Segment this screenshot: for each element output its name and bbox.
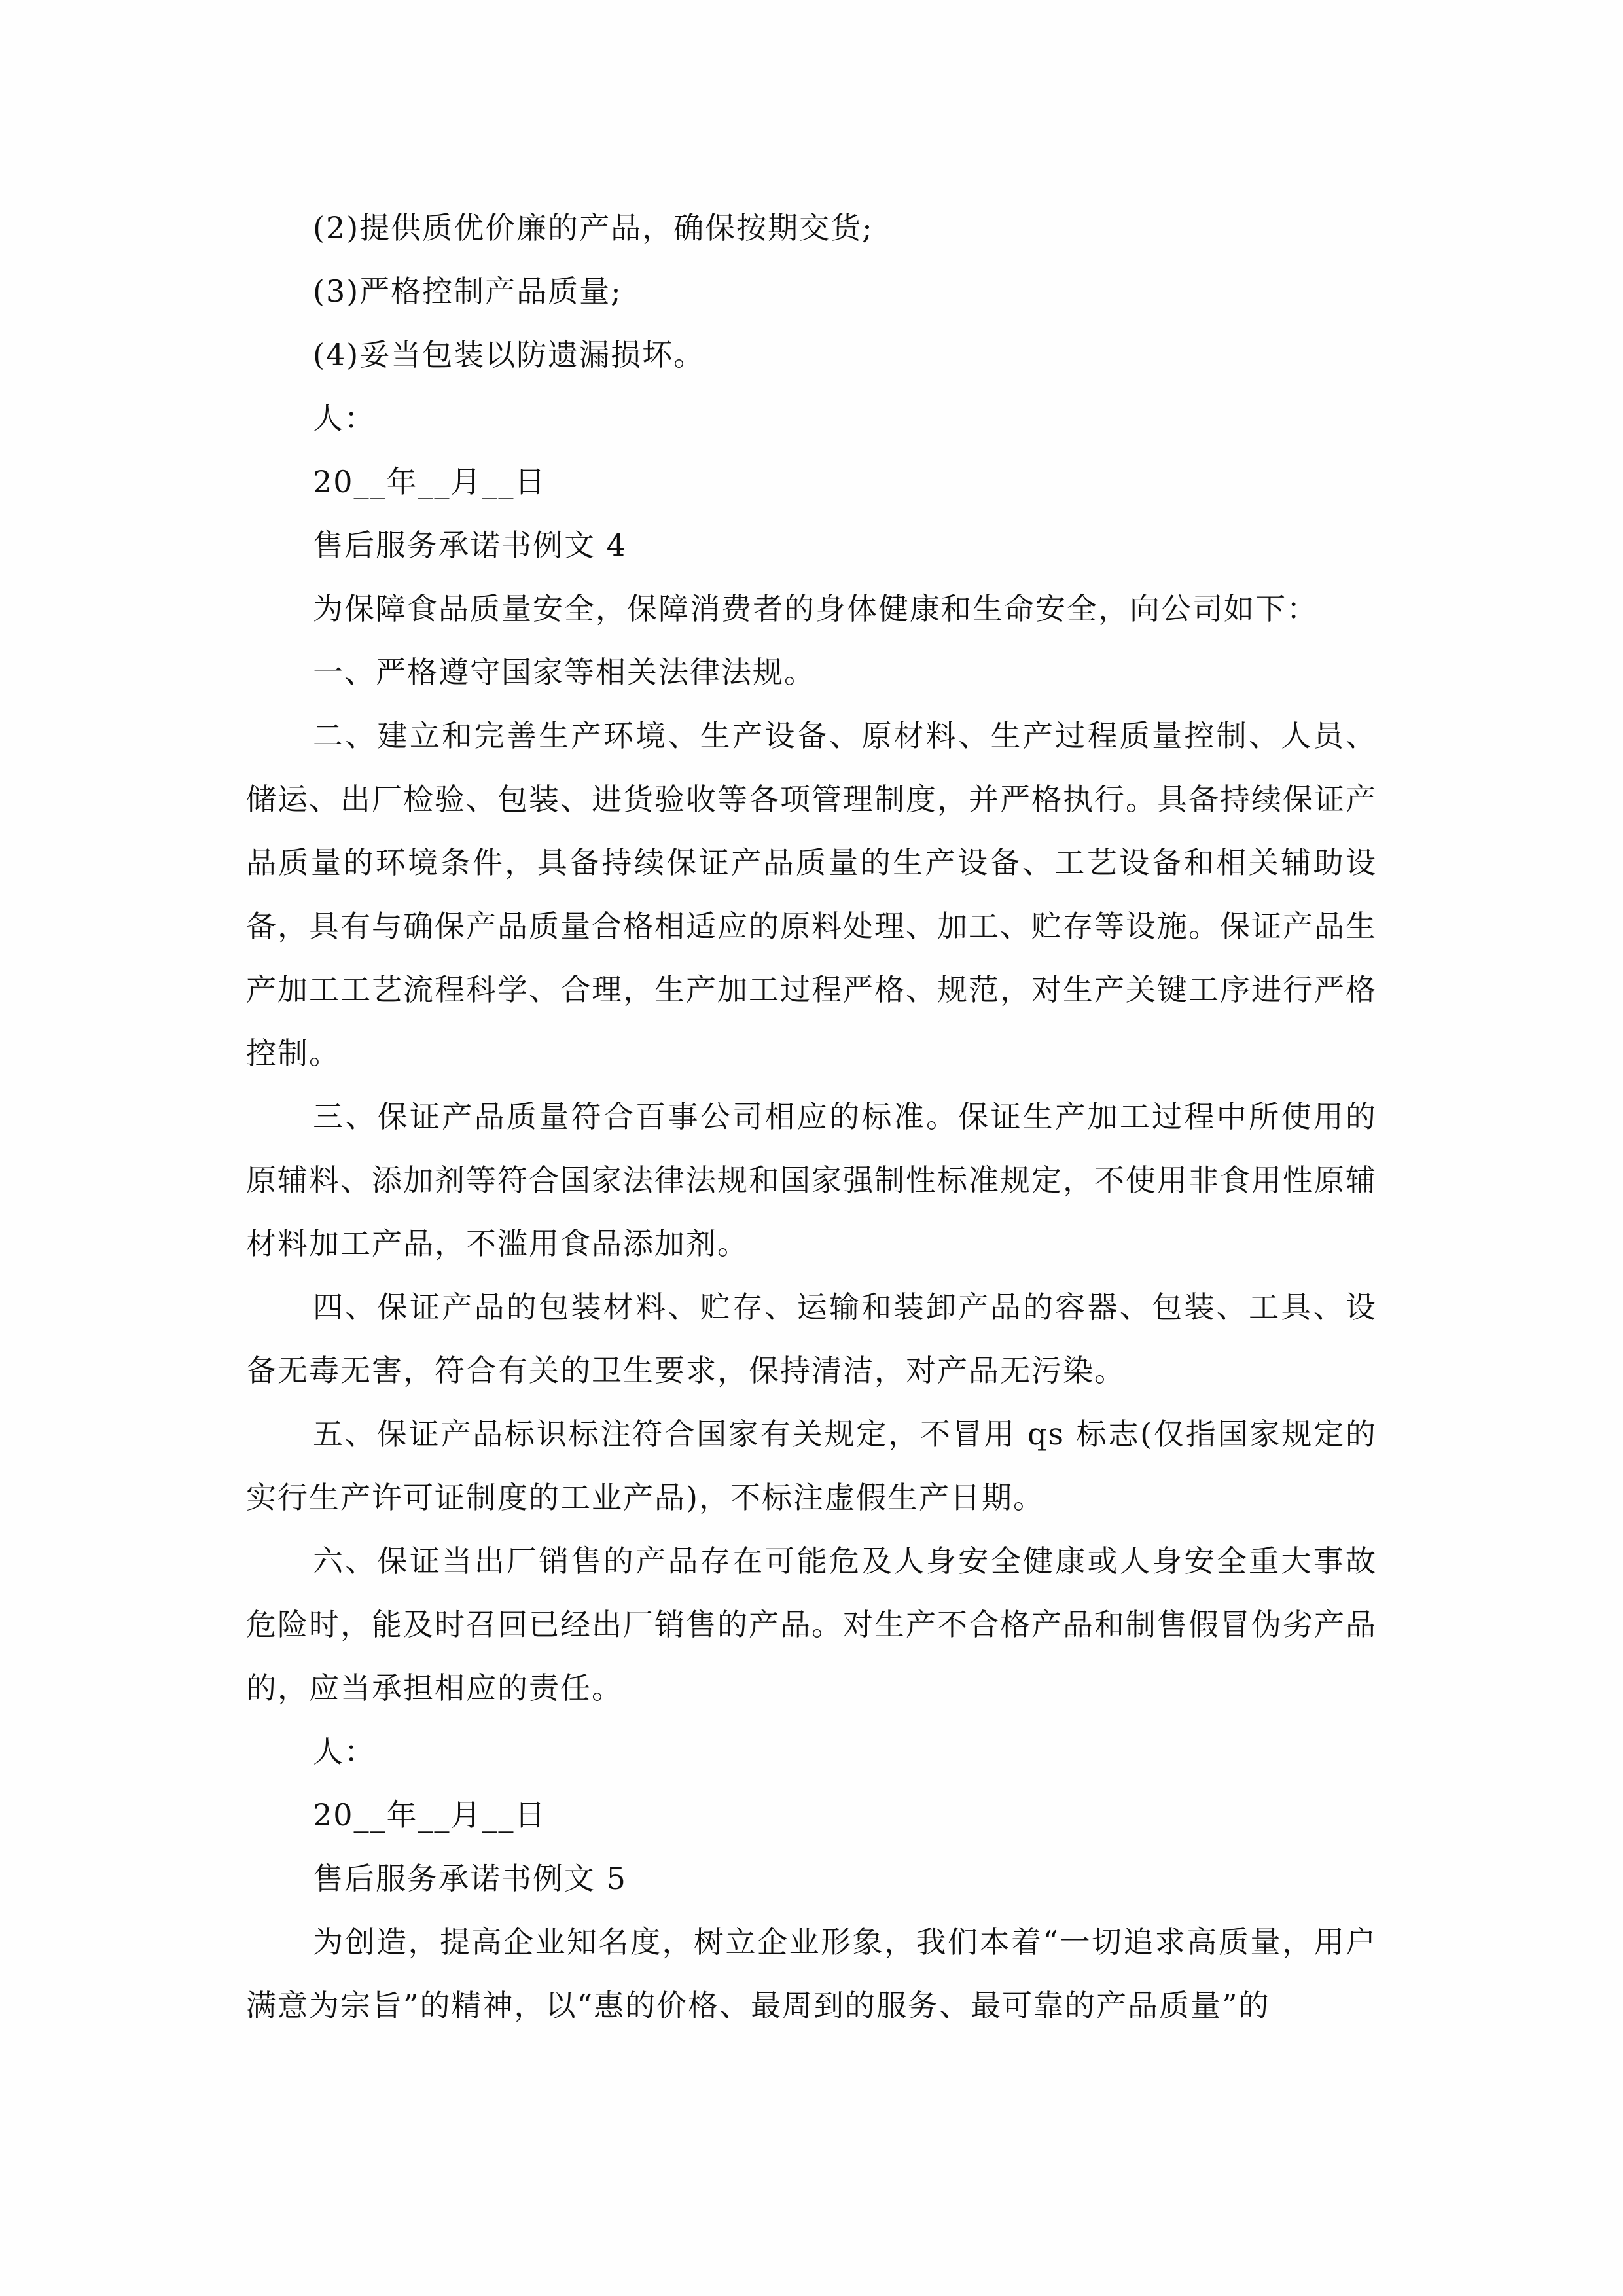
date-line: 20__年__月__日 <box>246 450 1377 514</box>
clause-6: 六、保证当出厂销售的产品存在可能危及人身安全健康或人身安全重大事故危险时，能及时… <box>246 1530 1377 1720</box>
section-intro: 为创造，提高企业知名度，树立企业形象，我们本着“一切追求高质量，用户满意为宗旨”… <box>246 1910 1377 2037</box>
clause-5: 五、保证产品标识标注符合国家有关规定，不冒用 qs 标志(仅指国家规定的实行生产… <box>246 1403 1377 1530</box>
list-item-4: (4)妥当包装以防遗漏损坏。 <box>246 323 1377 387</box>
clause-4: 四、保证产品的包装材料、贮存、运输和装卸产品的容器、包装、工具、设备无毒无害，符… <box>246 1276 1377 1403</box>
clause-3: 三、保证产品质量符合百事公司相应的标准。保证生产加工过程中所使用的原辅料、添加剂… <box>246 1085 1377 1276</box>
section-title: 售后服务承诺书例文 5 <box>246 1847 1377 1910</box>
signer-label: 人： <box>246 1720 1377 1784</box>
section-intro: 为保障食品质量安全，保障消费者的身体健康和生命安全，向公司如下： <box>246 577 1377 641</box>
list-item-3: (3)严格控制产品质量; <box>246 260 1377 323</box>
clause-1: 一、严格遵守国家等相关法律法规。 <box>246 641 1377 704</box>
date-line: 20__年__月__日 <box>246 1784 1377 1847</box>
list-item-2: (2)提供质优价廉的产品，确保按期交货; <box>246 196 1377 260</box>
signer-label: 人： <box>246 387 1377 450</box>
document-page: (2)提供质优价廉的产品，确保按期交货; (3)严格控制产品质量; (4)妥当包… <box>246 196 1377 2037</box>
clause-2: 二、建立和完善生产环境、生产设备、原材料、生产过程质量控制、人员、储运、出厂检验… <box>246 704 1377 1085</box>
section-title: 售后服务承诺书例文 4 <box>246 514 1377 577</box>
